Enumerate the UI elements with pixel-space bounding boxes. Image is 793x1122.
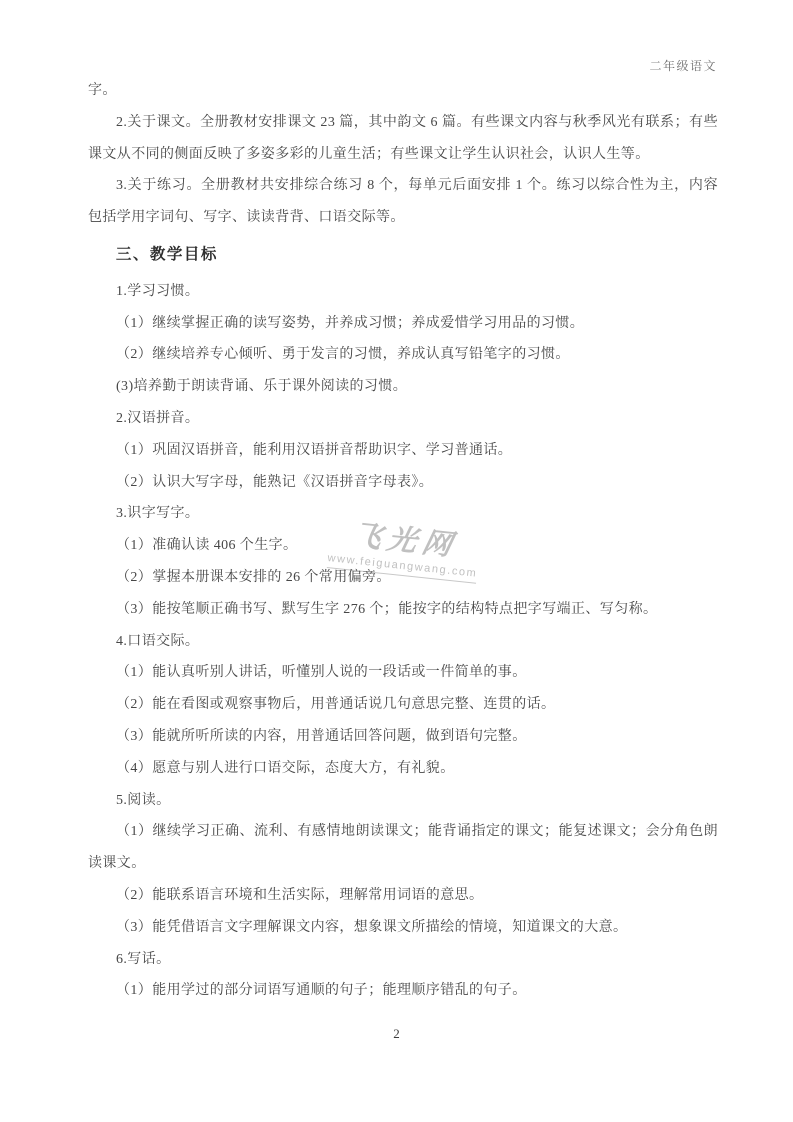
paragraph: （2）认识大写字母，能熟记《汉语拼音字母表》。 xyxy=(88,467,718,499)
document-body: 字。2.关于课文。全册教材安排课文 23 篇，其中韵文 6 篇。有些课文内容与秋… xyxy=(88,75,718,1007)
paragraph: 3.识字写字。 xyxy=(88,498,718,530)
paragraph: （4）愿意与别人进行口语交际，态度大方，有礼貌。 xyxy=(88,753,718,785)
paragraph: 2.汉语拼音。 xyxy=(88,403,718,435)
paragraph: 6.写话。 xyxy=(88,944,718,976)
paragraph: （1）巩固汉语拼音，能利用汉语拼音帮助识字、学习普通话。 xyxy=(88,435,718,467)
paragraph: （2）能在看图或观察事物后，用普通话说几句意思完整、连贯的话。 xyxy=(88,689,718,721)
paragraph: （2）继续培养专心倾听、勇于发言的习惯，养成认真写铅笔字的习惯。 xyxy=(88,339,718,371)
paragraph: （1）继续掌握正确的读写姿势，并养成习惯；养成爱惜学习用品的习惯。 xyxy=(88,308,718,340)
section-heading: 三、教学目标 xyxy=(88,239,718,271)
page-header: 二年级语文 xyxy=(649,57,717,74)
paragraph: （1）能用学过的部分词语写通顺的句子；能理顺序错乱的句子。 xyxy=(88,975,718,1007)
paragraph: 5.阅读。 xyxy=(88,785,718,817)
paragraph: （1）能认真听别人讲话，听懂别人说的一段话或一件简单的事。 xyxy=(88,657,718,689)
paragraph: 1.学习习惯。 xyxy=(88,276,718,308)
paragraph: 4.口语交际。 xyxy=(88,626,718,658)
paragraph: （1）继续学习正确、流利、有感情地朗读课文；能背诵指定的课文；能复述课文；会分角… xyxy=(88,816,718,880)
paragraph: (3)培养勤于朗读背诵、乐于课外阅读的习惯。 xyxy=(88,371,718,403)
paragraph: 字。 xyxy=(88,75,718,107)
document-page: 二年级语文 飞光网 www.feiguangwang.com 字。2.关于课文。… xyxy=(0,0,793,1122)
paragraph: （3）能就所听所读的内容，用普通话回答问题，做到语句完整。 xyxy=(88,721,718,753)
paragraph: 2.关于课文。全册教材安排课文 23 篇，其中韵文 6 篇。有些课文内容与秋季风… xyxy=(88,107,718,171)
paragraph: （3）能凭借语言文字理解课文内容，想象课文所描绘的情境，知道课文的大意。 xyxy=(88,912,718,944)
page-number: 2 xyxy=(0,1026,793,1042)
paragraph: （1）准确认读 406 个生字。 xyxy=(88,530,718,562)
paragraph: 3.关于练习。全册教材共安排综合练习 8 个，每单元后面安排 1 个。练习以综合… xyxy=(88,170,718,234)
paragraph: （3）能按笔顺正确书写、默写生字 276 个；能按字的结构特点把字写端正、写匀称… xyxy=(88,594,718,626)
paragraph: （2）掌握本册课本安排的 26 个常用偏旁。 xyxy=(88,562,718,594)
paragraph: （2）能联系语言环境和生活实际，理解常用词语的意思。 xyxy=(88,880,718,912)
